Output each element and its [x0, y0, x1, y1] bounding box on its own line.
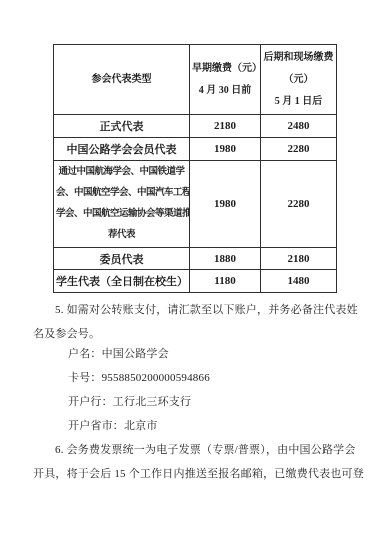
early-fee-cell: 1180 — [190, 270, 261, 293]
early-fee-cell: 1980 — [190, 138, 261, 161]
delegate-type-cell: 学生代表（全日制在校生） — [54, 270, 190, 293]
late-fee-cell: 2480 — [261, 115, 337, 138]
delegate-type-cell: 正式代表 — [54, 115, 190, 138]
table-row: 正式代表 2180 2480 — [54, 115, 337, 138]
early-fee-cell: 2180 — [190, 115, 261, 138]
early-fee-cell: 1880 — [190, 248, 261, 270]
late-fee-cell: 1480 — [261, 270, 337, 293]
fee-table-header-row: 参会代表类型 早期缴费（元） 4 月 30 日前 后期和现场缴费 （元） 5 月… — [54, 45, 337, 115]
header-late-fee: 后期和现场缴费 （元） 5 月 1 日后 — [261, 45, 337, 115]
late-fee-cell: 2280 — [261, 138, 337, 161]
bank-account-details: 户名：中国公路学会 卡号：9558850200000594866 开户行：工行北… — [68, 342, 210, 438]
late-fee-cell: 2280 — [261, 161, 337, 248]
paragraph-transfer-instructions: 5. 如需对公转账支付，请汇款至以下账户，并务必备注代表姓 名及参会号。 — [33, 298, 363, 346]
header-early-fee: 早期缴费（元） 4 月 30 日前 — [190, 45, 261, 115]
table-row: 委员代表 1880 2180 — [54, 248, 337, 270]
account-province-city: 开户省市：北京市 — [68, 414, 210, 438]
account-card-number: 卡号：9558850200000594866 — [68, 366, 210, 390]
late-fee-cell: 2180 — [261, 248, 337, 270]
table-row: 中国公路学会会员代表 1980 2280 — [54, 138, 337, 161]
delegate-type-cell: 中国公路学会会员代表 — [54, 138, 190, 161]
document-page: 参会代表类型 早期缴费（元） 4 月 30 日前 后期和现场缴费 （元） 5 月… — [0, 0, 382, 552]
account-bank-branch: 开户行：工行北三环支行 — [68, 390, 210, 414]
delegate-type-cell: 委员代表 — [54, 248, 190, 270]
table-row: 通过中国航海学会、中国铁道学 会、中国航空学会、中国汽车工程 学会、中国航空运输… — [54, 161, 337, 248]
early-fee-cell: 1980 — [190, 161, 261, 248]
account-holder: 户名：中国公路学会 — [68, 342, 210, 366]
table-row: 学生代表（全日制在校生） 1180 1480 — [54, 270, 337, 293]
header-delegate-type: 参会代表类型 — [54, 45, 190, 115]
delegate-type-cell: 通过中国航海学会、中国铁道学 会、中国航空学会、中国汽车工程 学会、中国航空运输… — [54, 161, 190, 248]
paragraph-invoice-info: 6. 会务费发票统一为电子发票（专票/普票），由中国公路学会 开具，将于会后 1… — [33, 438, 363, 486]
fee-table: 参会代表类型 早期缴费（元） 4 月 30 日前 后期和现场缴费 （元） 5 月… — [53, 44, 337, 293]
